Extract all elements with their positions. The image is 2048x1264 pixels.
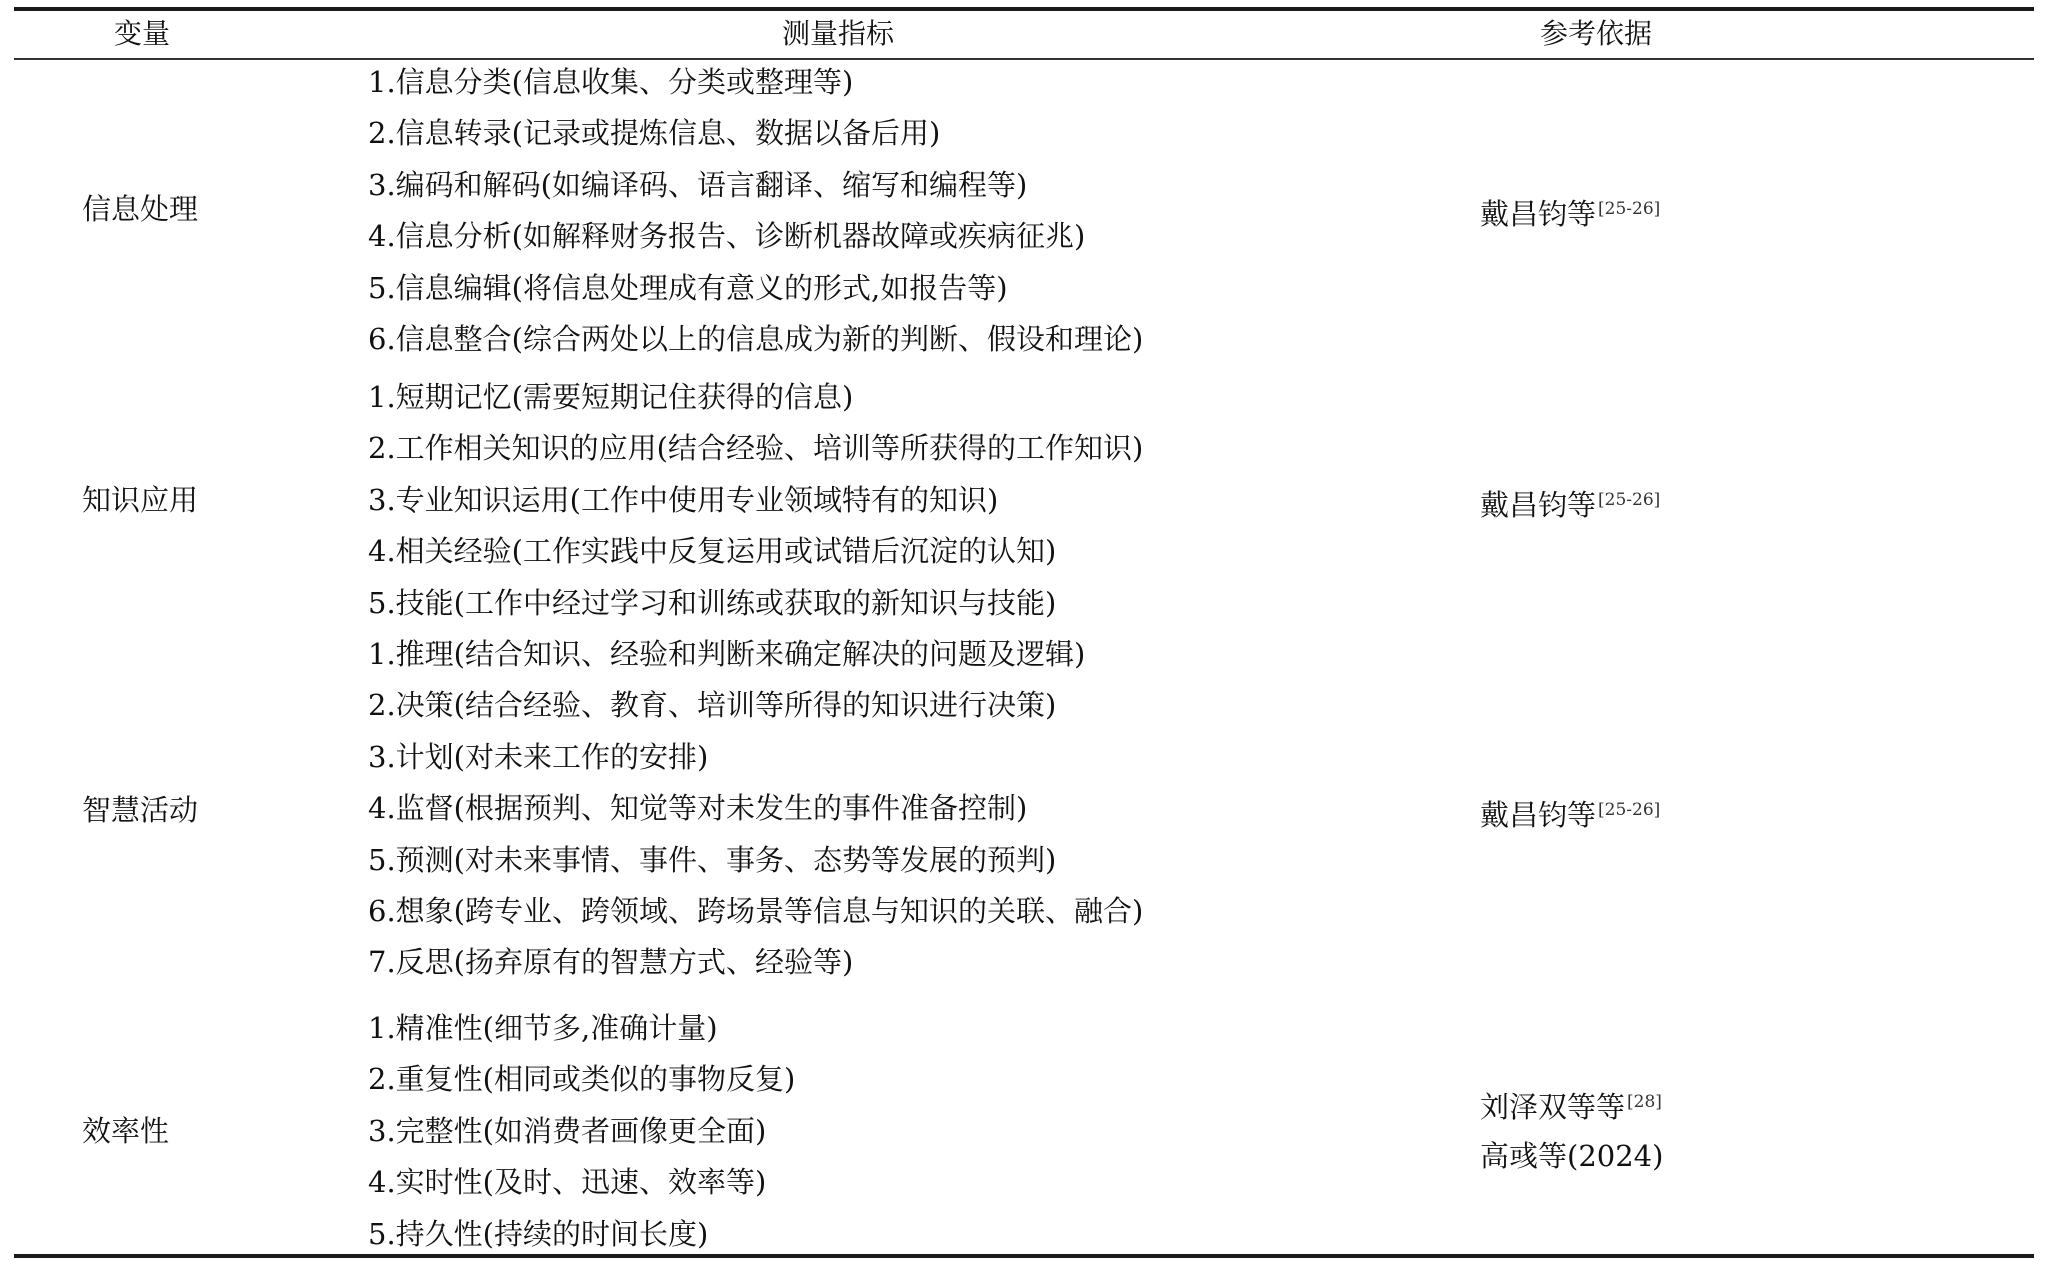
- variable-cell: 信息处理: [82, 189, 198, 229]
- indicator-item: 2.信息转录(记录或提炼信息、数据以备后用): [368, 113, 1143, 164]
- indicator-list: 1.推理(结合知识、经验和判断来确定解决的问题及逻辑) 2.决策(结合经验、教育…: [368, 634, 1143, 994]
- indicator-item: 1.精准性(细节多,准确计量): [368, 1008, 795, 1059]
- indicator-item: 5.信息编辑(将信息处理成有意义的形式,如报告等): [368, 268, 1143, 319]
- indicator-item: 6.想象(跨专业、跨领域、跨场景等信息与知识的关联、融合): [368, 891, 1143, 942]
- indicator-item: 4.监督(根据预判、知觉等对未发生的事件准备控制): [368, 788, 1143, 839]
- indicator-item: 5.技能(工作中经过学习和训练或获取的新知识与技能): [368, 583, 1143, 634]
- indicator-item: 3.计划(对未来工作的安排): [368, 737, 1143, 788]
- top-rule: [14, 7, 2034, 11]
- reference-text: 刘泽双等等: [1480, 1090, 1625, 1124]
- reference-cell: 刘泽双等等[28]: [1480, 1082, 1662, 1127]
- indicator-item: 3.编码和解码(如编译码、语言翻译、缩写和编程等): [368, 165, 1143, 216]
- indicator-list: 1.短期记忆(需要短期记住获得的信息) 2.工作相关知识的应用(结合经验、培训等…: [368, 377, 1143, 634]
- indicator-item: 4.信息分析(如解释财务报告、诊断机器故障或疾病征兆): [368, 216, 1143, 267]
- indicator-item: 2.决策(结合经验、教育、培训等所得的知识进行决策): [368, 685, 1143, 736]
- header-rule: [14, 58, 2034, 60]
- reference-text: 戴昌钧等: [1480, 197, 1596, 231]
- indicator-item: 1.信息分类(信息收集、分类或整理等): [368, 62, 1143, 113]
- reference-cell: 戴昌钧等[25-26]: [1480, 790, 1660, 835]
- citation: [28]: [1627, 1092, 1662, 1112]
- indicator-item: 6.信息整合(综合两处以上的信息成为新的判断、假设和理论): [368, 319, 1143, 370]
- indicator-item: 3.专业知识运用(工作中使用专业领域特有的知识): [368, 480, 1143, 531]
- indicator-item: 1.推理(结合知识、经验和判断来确定解决的问题及逻辑): [368, 634, 1143, 685]
- citation: [25-26]: [1598, 800, 1660, 820]
- indicator-list: 1.信息分类(信息收集、分类或整理等) 2.信息转录(记录或提炼信息、数据以备后…: [368, 62, 1143, 370]
- indicator-item: 4.实时性(及时、迅速、效率等): [368, 1162, 795, 1213]
- header-indicators: 测量指标: [782, 14, 894, 54]
- header-reference: 参考依据: [1540, 14, 1652, 54]
- reference-text: 戴昌钧等: [1480, 798, 1596, 832]
- bottom-rule: [14, 1254, 2034, 1258]
- variable-cell: 知识应用: [82, 480, 198, 520]
- header-variable: 变量: [114, 14, 170, 54]
- variable-cell: 智慧活动: [82, 790, 198, 830]
- reference-text: 戴昌钧等: [1480, 488, 1596, 522]
- indicator-item: 7.反思(扬弃原有的智慧方式、经验等): [368, 942, 1143, 993]
- reference-cell: 戴昌钧等[25-26]: [1480, 189, 1660, 234]
- indicator-list: 1.精准性(细节多,准确计量) 2.重复性(相同或类似的事物反复) 3.完整性(…: [368, 1008, 795, 1264]
- citation: [25-26]: [1598, 199, 1660, 219]
- reference-cell: 戴昌钧等[25-26]: [1480, 480, 1660, 525]
- citation: [25-26]: [1598, 490, 1660, 510]
- reference-cell-2: 高彧等(2024): [1480, 1136, 1663, 1176]
- variable-cell: 效率性: [82, 1111, 169, 1151]
- indicator-item: 5.预测(对未来事情、事件、事务、态势等发展的预判): [368, 840, 1143, 891]
- indicator-item: 2.重复性(相同或类似的事物反复): [368, 1059, 795, 1110]
- indicator-item: 4.相关经验(工作实践中反复运用或试错后沉淀的认知): [368, 531, 1143, 582]
- indicator-item: 2.工作相关知识的应用(结合经验、培训等所获得的工作知识): [368, 428, 1143, 479]
- indicator-item: 3.完整性(如消费者画像更全面): [368, 1111, 795, 1162]
- indicator-item: 1.短期记忆(需要短期记住获得的信息): [368, 377, 1143, 428]
